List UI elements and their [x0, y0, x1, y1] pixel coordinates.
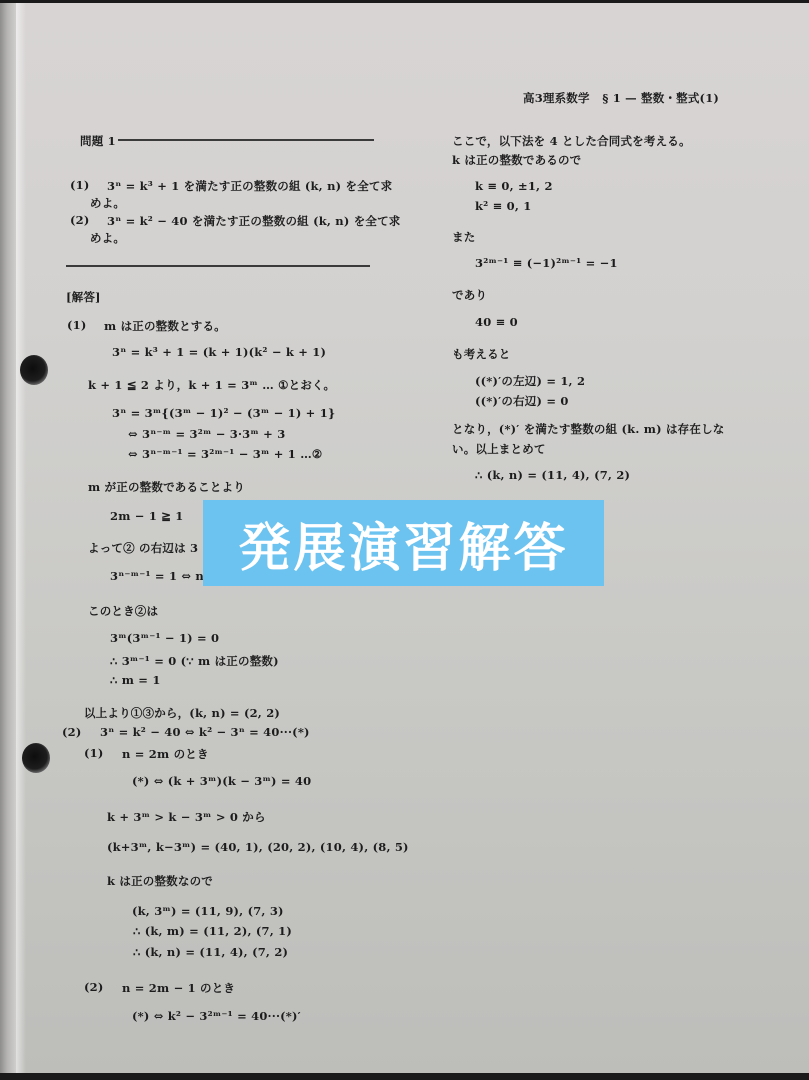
- part1-line: m は正の整数とする。: [104, 318, 226, 334]
- page-fold-shadow: [16, 3, 26, 1073]
- part2-num: (2): [62, 725, 81, 739]
- right-conclusion: ∴ (k, n) = (11, 4), (7, 2): [475, 468, 630, 482]
- problem-item-1-text: 3ⁿ = k³ + 1 を満たす正の整数の組 (k, n) を全て求: [107, 178, 392, 194]
- case2-num: (2): [84, 980, 103, 994]
- problem-item-1-cont: めよ。: [90, 195, 125, 211]
- part1-line: ∴ m = 1: [110, 673, 161, 687]
- right-line: となり，(*)′ を満たす整数の組 (k. m) は存在しな: [452, 421, 724, 437]
- case1-line: k は正の整数なので: [107, 873, 213, 889]
- right-line: であり: [452, 287, 487, 303]
- case1-line: (k, 3ᵐ) = (11, 9), (7, 3): [132, 904, 284, 918]
- case1-cond: n = 2m のとき: [122, 746, 209, 762]
- right-line: ((*)′の右辺) = 0: [475, 393, 569, 409]
- part1-line: ⇔ 3ⁿ⁻ᵐ = 3²ᵐ − 3·3ᵐ + 3: [128, 427, 285, 441]
- case1-line: (*) ⇔ (k + 3ᵐ)(k − 3ᵐ) = 40: [132, 774, 311, 788]
- part1-line: m が正の整数であることより: [88, 479, 245, 495]
- case1-num: (1): [84, 746, 103, 760]
- right-line: ここで，以下法を 4 とした合同式を考える。: [452, 133, 691, 149]
- part1-num: (1): [67, 318, 86, 332]
- part1-line: 3ᵐ(3ᵐ⁻¹ − 1) = 0: [110, 631, 219, 645]
- document-page: 高3理系数学 § 1 — 整数・整式(1) 問題 1 (1) 3ⁿ = k³ +…: [0, 3, 809, 1073]
- part1-line: ∴ 3ᵐ⁻¹ = 0 (∵ m は正の整数): [110, 653, 279, 669]
- part1-line: よって② の右辺は 3 ⁻: [88, 540, 209, 556]
- case2-line: (*) ⇔ k² − 3²ᵐ⁻¹ = 40···(*)′: [132, 1009, 301, 1023]
- part2-main: 3ⁿ = k² − 40 ⇔ k² − 3ⁿ = 40···(*): [100, 725, 310, 739]
- part1-line: ⇔ 3ⁿ⁻ᵐ⁻¹ = 3²ᵐ⁻¹ − 3ᵐ + 1 …②: [128, 447, 322, 461]
- right-line: k は正の整数であるので: [452, 152, 581, 168]
- problem-item-2-text: 3ⁿ = k² − 40 を満たす正の整数の組 (k, n) を全て求: [107, 213, 401, 229]
- overlay-banner: 発展演習解答: [203, 500, 604, 586]
- banner-text: 発展演習解答: [238, 506, 568, 581]
- section-rule: [66, 265, 370, 267]
- case2-cond: n = 2m − 1 のとき: [122, 980, 235, 996]
- right-line: また: [452, 229, 475, 245]
- course-label: 高3理系数学: [523, 91, 590, 105]
- right-line: も考えると: [452, 346, 511, 362]
- section-label: § 1 — 整数・整式(1): [602, 91, 719, 105]
- part1-line: 3ⁿ = k³ + 1 = (k + 1)(k² − k + 1): [112, 345, 326, 359]
- right-line: い。以上まとめて: [452, 441, 546, 457]
- right-line: k ≡ 0, ±1, 2: [475, 179, 553, 193]
- part1-line: 3ⁿ = 3ᵐ{(3ᵐ − 1)² − (3ᵐ − 1) + 1}: [112, 406, 336, 420]
- binder-hole-icon: [20, 355, 48, 385]
- right-line: k² ≡ 0, 1: [475, 199, 531, 213]
- case1-line: (k+3ᵐ, k−3ᵐ) = (40, 1), (20, 2), (10, 4)…: [107, 840, 409, 854]
- title-rule: [118, 139, 374, 141]
- answer-label: [解答]: [66, 289, 101, 305]
- part1-line: k + 1 ≦ 2 より，k + 1 = 3ᵐ … ①とおく。: [88, 377, 335, 393]
- case1-line: k + 3ᵐ > k − 3ᵐ > 0 から: [107, 809, 266, 825]
- right-line: ((*)′の左辺) = 1, 2: [475, 373, 585, 389]
- part1-conclusion: 以上より①③から，(k, n) = (2, 2): [84, 705, 280, 721]
- header-course: 高3理系数学 § 1 — 整数・整式(1): [523, 90, 719, 106]
- case1-line: ∴ (k, m) = (11, 2), (7, 1): [133, 924, 292, 938]
- part1-line: このとき②は: [88, 603, 158, 619]
- problem-item-2-num: (2): [70, 213, 89, 227]
- case1-line: ∴ (k, n) = (11, 4), (7, 2): [133, 945, 288, 959]
- part1-line: 2m − 1 ≧ 1: [110, 509, 183, 523]
- problem-item-2-cont: めよ。: [90, 230, 125, 246]
- right-line: 40 ≡ 0: [475, 315, 518, 329]
- right-line: 3²ᵐ⁻¹ ≡ (−1)²ᵐ⁻¹ = −1: [475, 256, 618, 270]
- part1-line: 3ⁿ⁻ᵐ⁻¹ = 1 ⇔ n: [110, 569, 204, 583]
- problem-item-1-num: (1): [70, 178, 89, 192]
- binder-hole-icon: [22, 743, 50, 773]
- problem-title: 問題 1: [80, 133, 116, 149]
